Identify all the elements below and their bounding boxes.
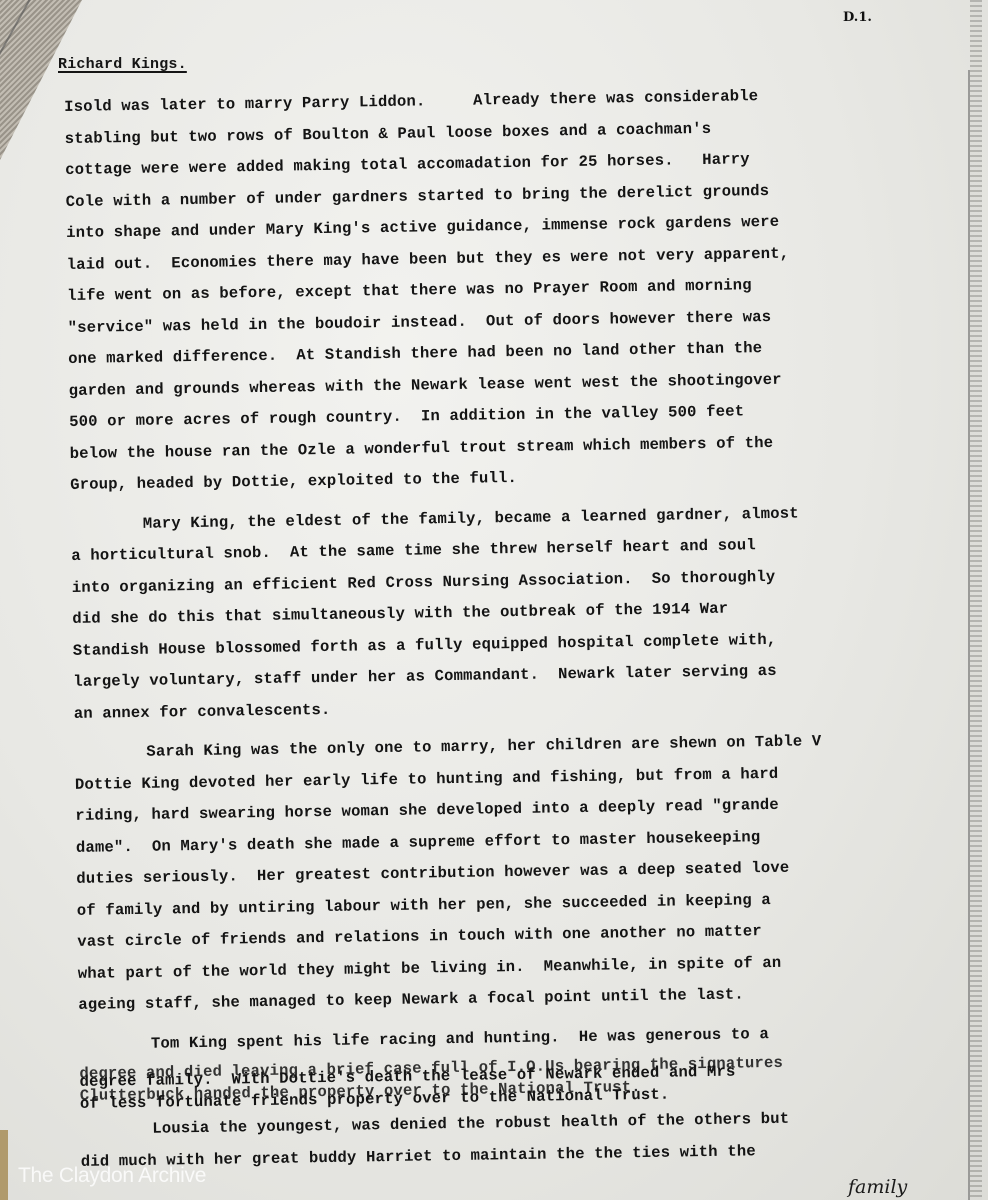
archive-watermark: The Claydon Archive <box>18 1164 206 1188</box>
paragraph-5: Lousia the youngest, was denied the robu… <box>80 1101 941 1178</box>
paragraph-1: Isold was later to marry Parry Liddon. A… <box>64 78 930 501</box>
page-reference: D.1. <box>843 10 872 25</box>
typed-body: Isold was later to marry Parry Liddon. A… <box>64 78 941 1177</box>
paragraph-3: Sarah King was the only one to marry, he… <box>74 724 938 1021</box>
document-page: D.1. Richard Kings. Isold was later to m… <box>0 0 988 1200</box>
paragraph-2: Mary King, the eldest of the family, bec… <box>71 496 934 730</box>
overtyped-block: degree family. With Dottie's death the l… <box>79 1053 940 1111</box>
binding-strip <box>0 1130 8 1200</box>
handwritten-note: family <box>848 1176 907 1198</box>
document-heading: Richard Kings. <box>58 56 187 73</box>
page-edge-line <box>968 70 970 1200</box>
perforated-edge <box>970 0 982 1200</box>
